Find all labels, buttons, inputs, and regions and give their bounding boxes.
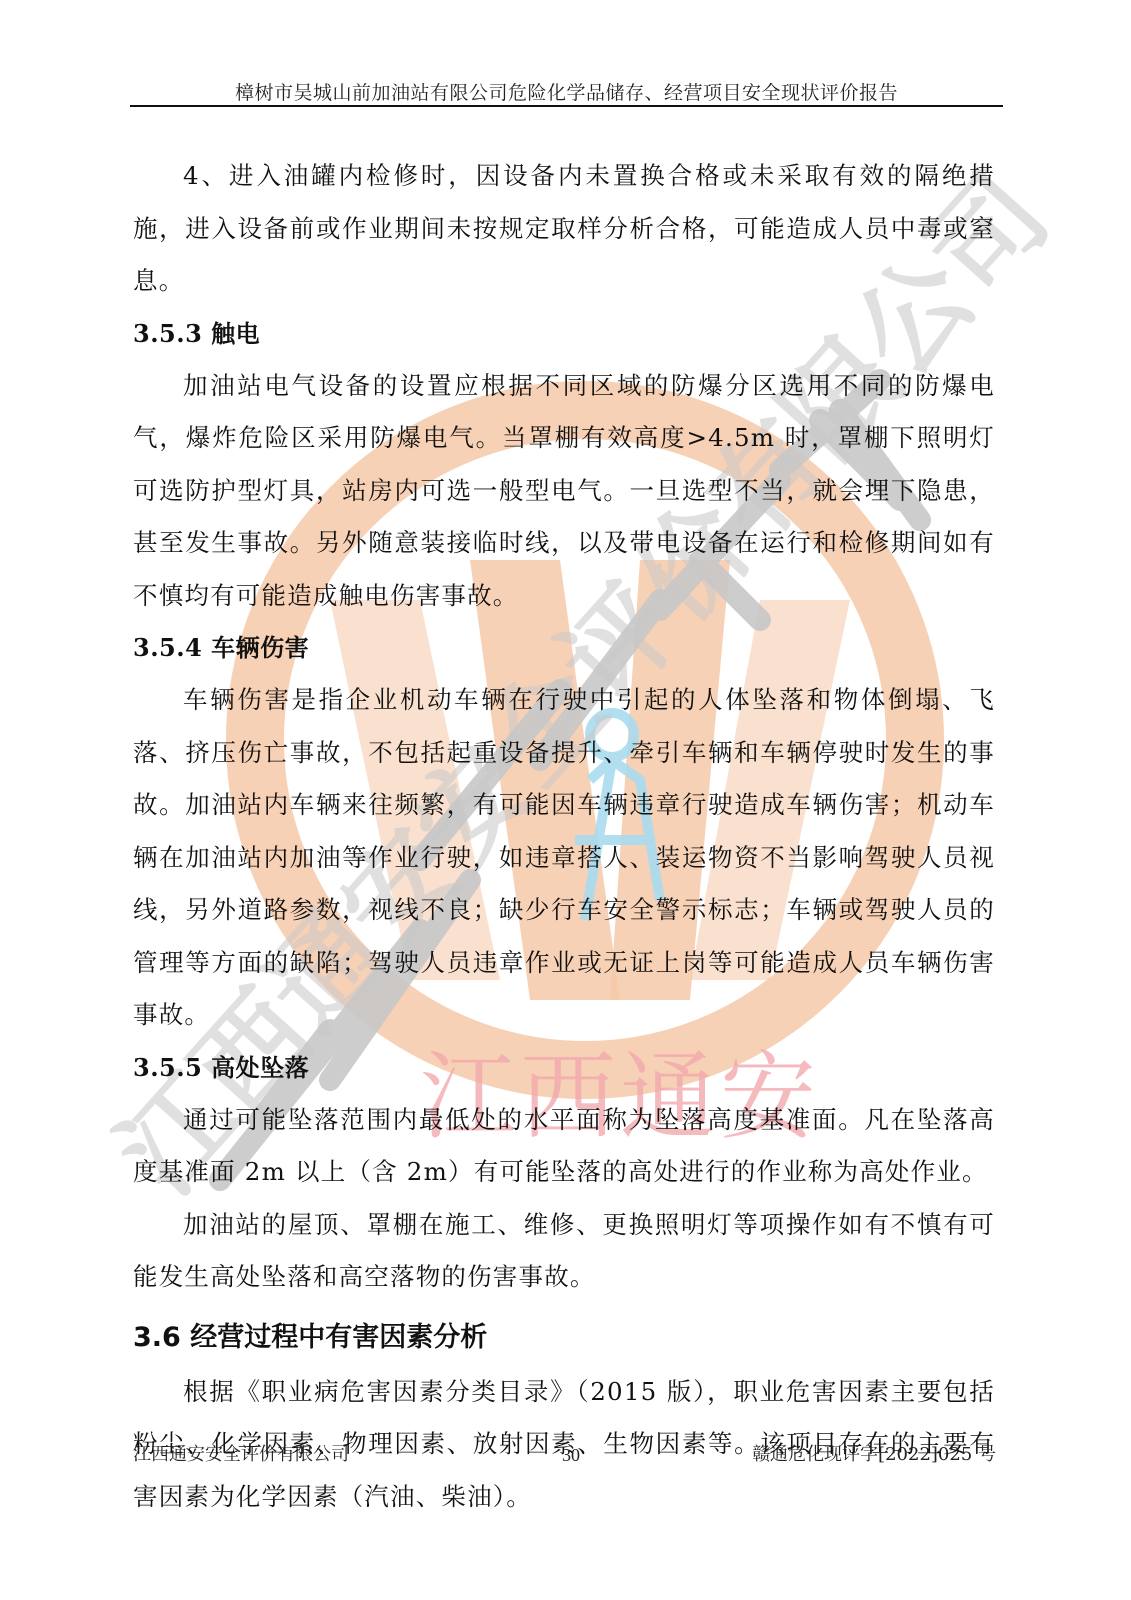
paragraph-confined-space: 4、进入油罐内检修时，因设备内未置换合格或未采取有效的隔绝措施，进入设备前或作业… [133,150,995,308]
paragraph-fall-definition: 通过可能坠落范围内最低处的水平面称为坠落高度基准面。凡在坠落高度基准面 2m 以… [133,1094,995,1199]
heading-3-6: 3.6 经营过程中有害因素分析 [133,1310,995,1366]
heading-3-5-5: 3.5.5 高处坠落 [133,1042,995,1094]
paragraph-vehicle-injury: 车辆伤害是指企业机动车辆在行驶中引起的人体坠落和物体倒塌、飞落、挤压伤亡事故，不… [133,674,995,1042]
footer-company: 江西通安安全评价有限公司 [133,1440,349,1466]
heading-3-5-3: 3.5.3 触电 [133,308,995,360]
footer-page-number: 30 [562,1445,580,1466]
header-divider [130,105,1003,107]
page-header-title: 樟树市吴城山前加油站有限公司危险化学品储存、经营项目安全现状评价报告 [130,78,1003,105]
paragraph-electric-shock: 加油站电气设备的设置应根据不同区域的防爆分区选用不同的防爆电气，爆炸危险区采用防… [133,360,995,623]
heading-3-5-4: 3.5.4 车辆伤害 [133,622,995,674]
document-body: 4、进入油罐内检修时，因设备内未置换合格或未采取有效的隔绝措施，进入设备前或作业… [133,150,995,1523]
paragraph-fall-risk: 加油站的屋顶、罩棚在施工、维修、更换照明灯等项操作如有不慎有可能发生高处坠落和高… [133,1199,995,1304]
footer-doc-number: 赣通危化现评字[2022]025 号 [752,1440,996,1466]
